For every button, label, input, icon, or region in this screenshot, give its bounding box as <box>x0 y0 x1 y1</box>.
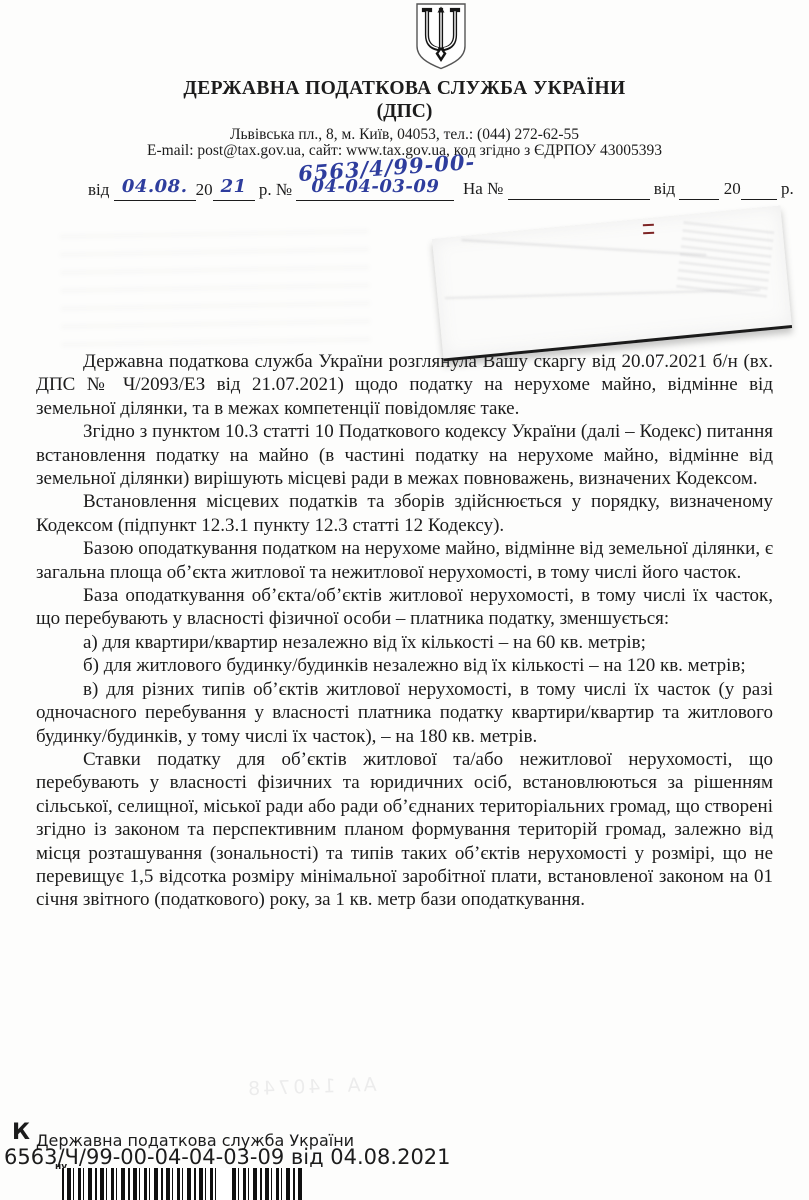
in-year-prefix: 20 <box>724 179 741 198</box>
ukraine-trident-emblem <box>411 2 471 70</box>
handwritten-year: 21 <box>221 176 247 197</box>
corner-letter-k: К <box>12 1120 30 1145</box>
paragraph-tax-rates: Ставки податку для об’єктів житлової та/… <box>36 748 773 912</box>
na-no-label: На № <box>463 179 503 198</box>
barcode-quiet-zone <box>220 1168 229 1200</box>
paragraph-intro: Державна податкова служба України розгля… <box>36 350 773 420</box>
list-item-a: а) для квартири/квартир незалежно від їх… <box>36 631 773 654</box>
in-r-label: р. <box>781 179 794 198</box>
reference-line: від 04.08.2021 р. № 04-04-03-09 На № від… <box>0 179 809 203</box>
r-no-label: р. № <box>259 180 292 199</box>
document-barcode <box>62 1168 302 1200</box>
in-vid-label: від <box>654 179 675 198</box>
list-item-b: б) для житлового будинку/будинків незале… <box>36 654 773 677</box>
incoming-number-field <box>508 179 650 200</box>
paragraph-point-10-3: Згідно з пунктом 10.3 статті 10 Податков… <box>36 420 773 490</box>
incoming-date-field <box>679 179 719 200</box>
paragraph-local-taxes: Встановлення місцевих податків та зборів… <box>36 490 773 537</box>
vid-label: від <box>88 180 109 199</box>
paragraph-tax-base: Базою оподаткування податком на нерухоме… <box>36 537 773 584</box>
white-paper-sticker-overlay <box>432 206 792 362</box>
letter-body: Державна податкова служба України розгля… <box>36 350 773 912</box>
bleedthrough-series-number: АА 140748 <box>245 1074 377 1101</box>
trident-icon <box>411 2 471 70</box>
ink-bleedthrough-smudge <box>59 222 371 347</box>
outgoing-year-field: 21 <box>213 179 255 201</box>
year-prefix: 20 <box>196 180 213 199</box>
outgoing-date-field: 04.08. <box>114 179 196 201</box>
incoming-year-field <box>741 179 777 200</box>
org-name: ДЕРЖАВНА ПОДАТКОВА СЛУЖБА УКРАЇНИ <box>0 78 809 100</box>
paragraph-base-reduction: База оподаткування об’єкта/об’єктів житл… <box>36 584 773 631</box>
barcode-stamp-number-line: 6563/Ч/99-00-04-04-03-09 від 04.08.2021 <box>4 1145 451 1169</box>
handwritten-date: 04.08. <box>122 176 188 197</box>
sticker-crease <box>462 239 707 256</box>
org-abbreviation: (ДПС) <box>0 101 809 123</box>
incoming-ref-group: На № від 20 р. <box>463 179 794 200</box>
red-pen-mark <box>643 224 654 234</box>
sticker-faint-text-traces <box>676 216 775 298</box>
outgoing-date-group: від 04.08.2021 р. № 04-04-03-09 <box>88 179 454 201</box>
list-item-v: в) для різних типів об’єктів житлової не… <box>36 678 773 748</box>
